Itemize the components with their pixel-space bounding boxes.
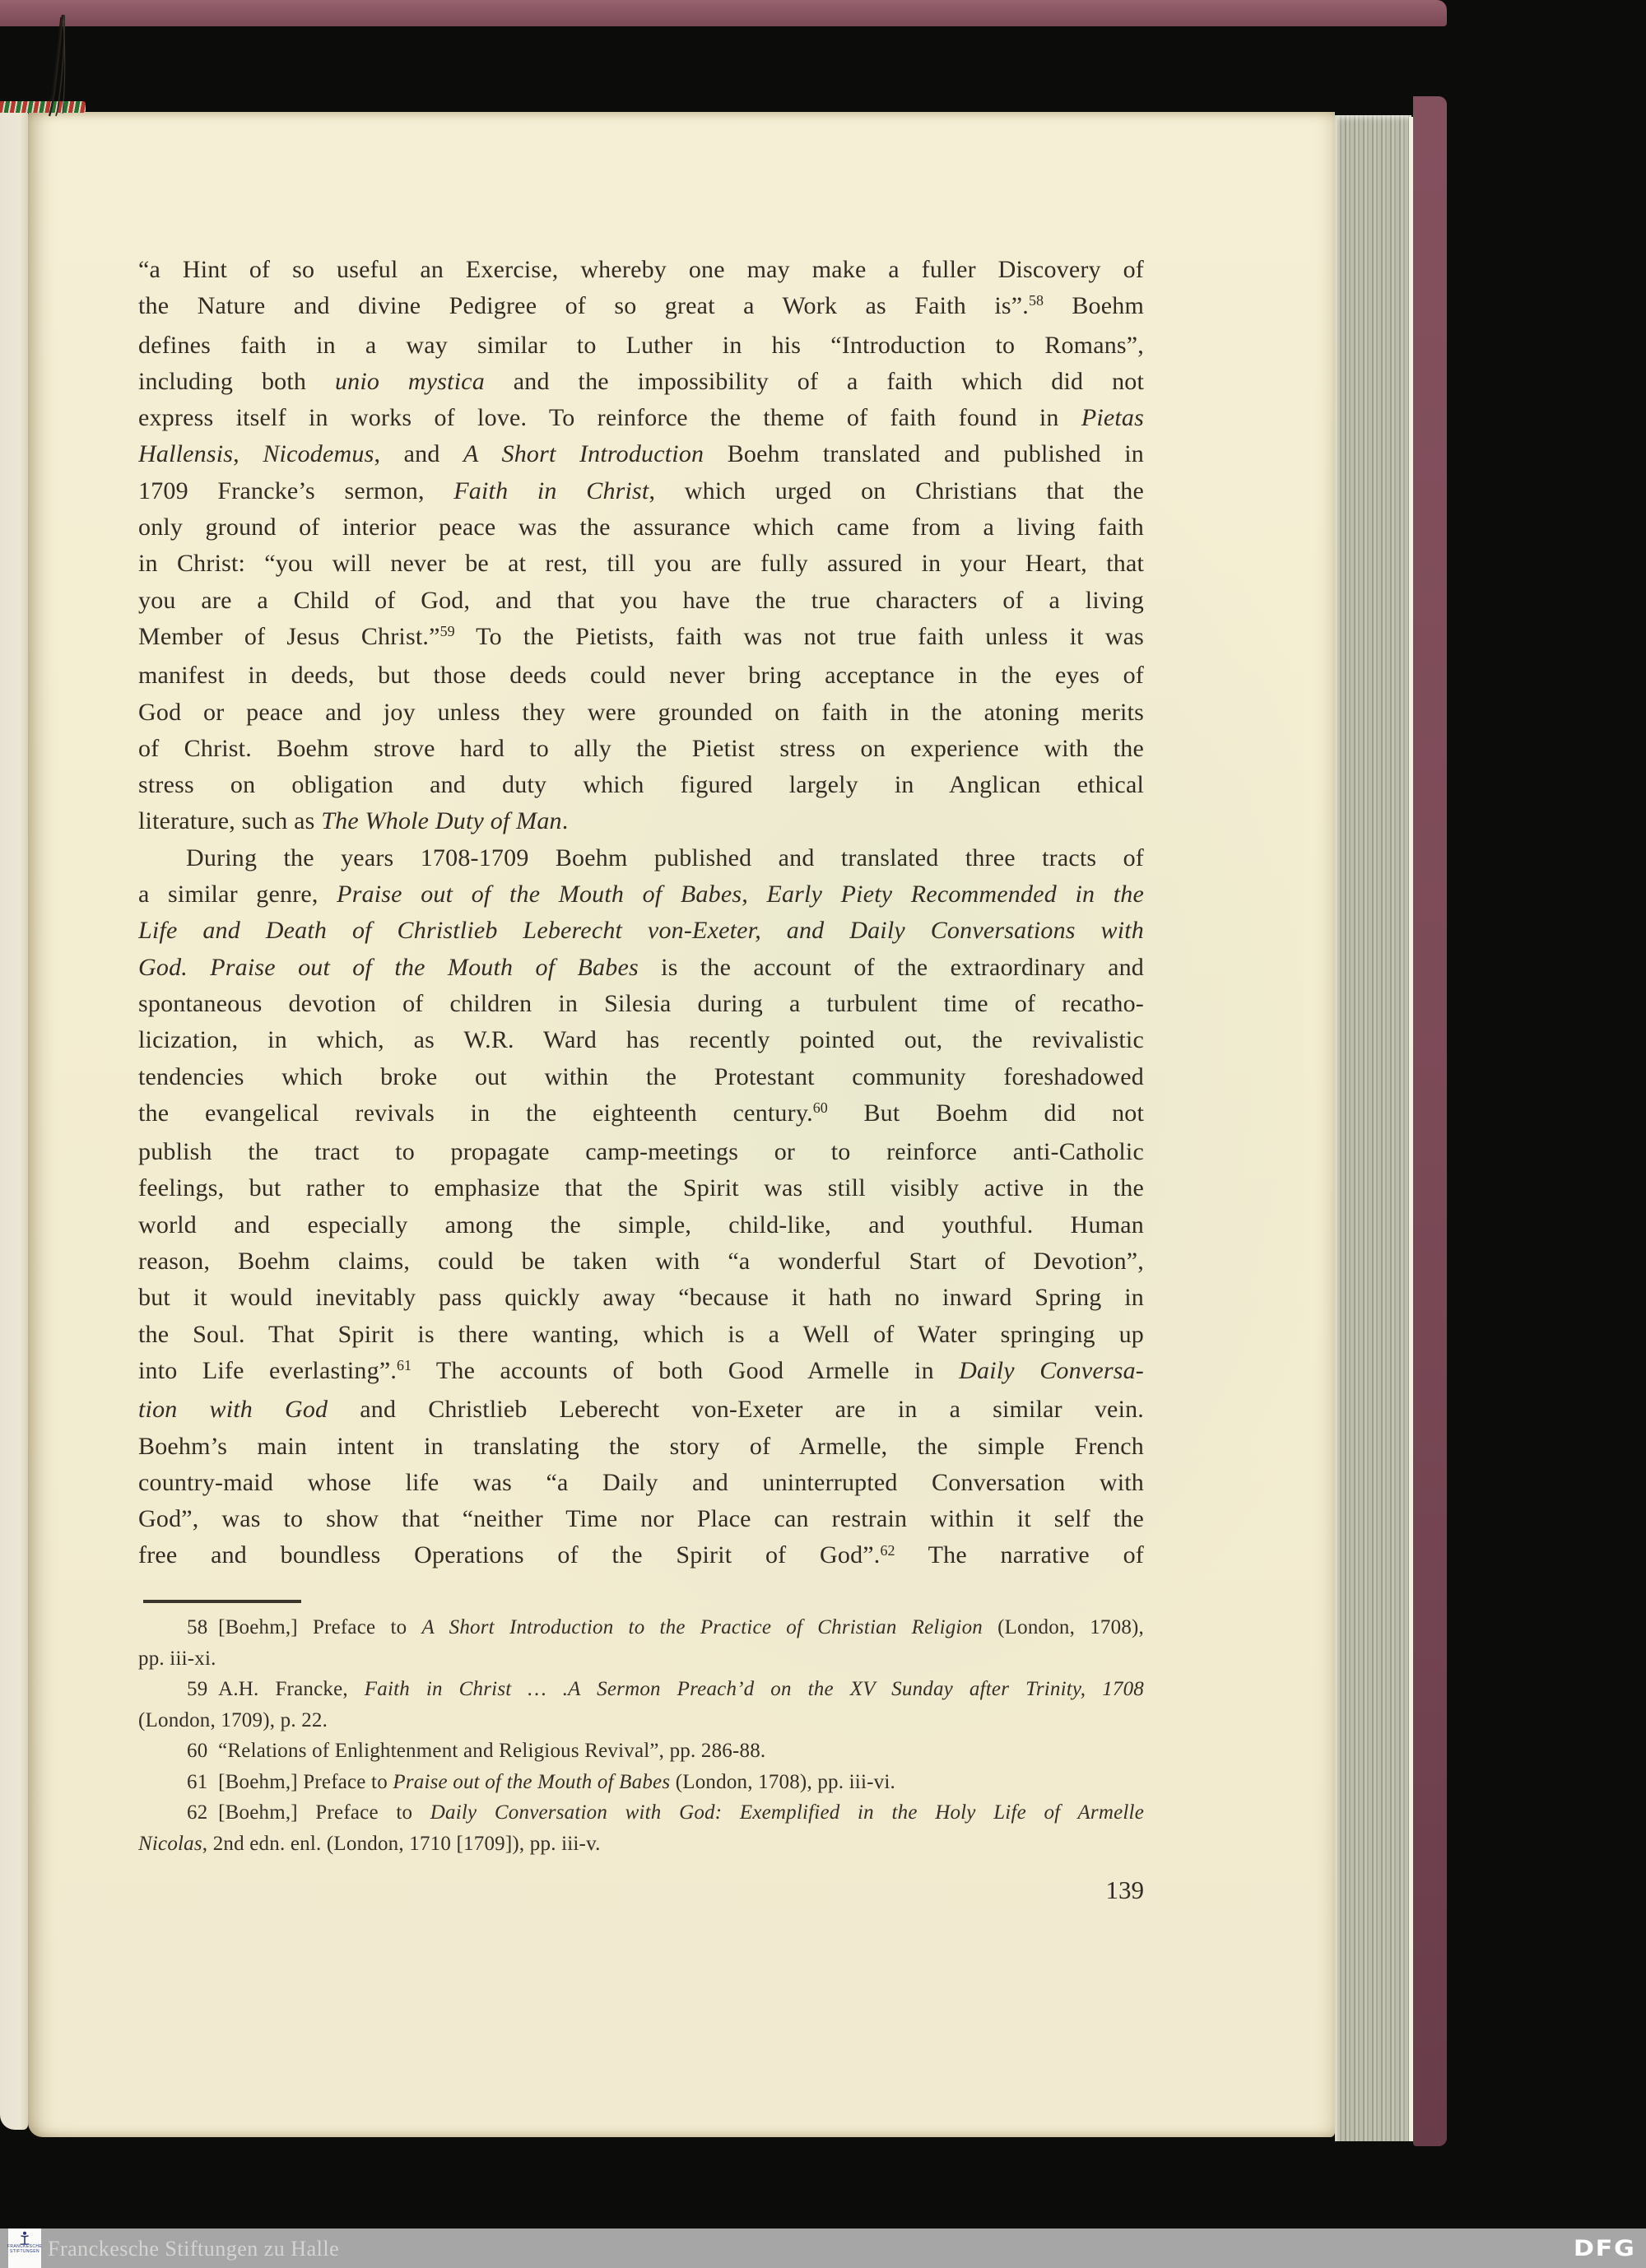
text-line: of Christ. Boehm strove hard to ally the… (138, 731, 1144, 767)
text-line: the Soul. That Spirit is there wanting, … (138, 1317, 1144, 1353)
text-line: literature, such as The Whole Duty of Ma… (138, 803, 1144, 839)
book-fore-edge (1335, 115, 1411, 2141)
text-line: God or peace and joy unless they were gr… (138, 695, 1144, 731)
text-line: publish the tract to propagate camp-meet… (138, 1134, 1144, 1170)
footnote-line: 61 [Boehm,] Preface to Praise out of the… (138, 1767, 1144, 1798)
text-line: the Nature and divine Pedigree of so gre… (138, 288, 1144, 327)
dfg-logo: DFG (1574, 2236, 1636, 2261)
footnote-line: (London, 1709), p. 22. (138, 1705, 1144, 1736)
footnote-line: Nicolas, 2nd edn. enl. (London, 1710 [17… (138, 1829, 1144, 1860)
text-line: licization, in which, as W.R. Ward has r… (138, 1022, 1144, 1058)
book-left-page-edge (0, 112, 28, 2130)
text-line: world and especially among the simple, c… (138, 1207, 1144, 1243)
page-number: 139 (138, 1875, 1144, 1905)
text-line: country-maid whose life was “a Daily and… (138, 1465, 1144, 1501)
text-line: into Life everlasting”.61 The accounts o… (138, 1353, 1144, 1392)
footnote-block: 58 [Boehm,] Preface to A Short Introduct… (138, 1612, 1144, 1859)
footnote-line: 59 A.H. Francke, Faith in Christ … .A Se… (138, 1674, 1144, 1705)
text-line: Life and Death of Christlieb Leberecht v… (138, 913, 1144, 949)
footnote-line: 60 “Relations of Enlightenment and Relig… (138, 1736, 1144, 1767)
book-page: “a Hint of so useful an Exercise, whereb… (28, 112, 1335, 2137)
text-line: reason, Boehm claims, could be taken wit… (138, 1243, 1144, 1280)
text-line: including both unio mystica and the impo… (138, 364, 1144, 400)
institution-name: Franckesche Stiftungen zu Halle (48, 2228, 339, 2268)
text-line: God”, was to show that “neither Time nor… (138, 1501, 1144, 1537)
text-line: During the years 1708-1709 Boehm publish… (138, 840, 1144, 876)
book-cover-right-edge (1413, 96, 1447, 2146)
text-line: only ground of interior peace was the as… (138, 509, 1144, 546)
text-line: manifest in deeds, but those deeds could… (138, 658, 1144, 694)
main-text-block: “a Hint of so useful an Exercise, whereb… (138, 252, 1144, 1577)
text-line: tendencies which broke out within the Pr… (138, 1059, 1144, 1095)
text-line: stress on obligation and duty which figu… (138, 767, 1144, 803)
text-line: tion with God and Christlieb Leberecht v… (138, 1392, 1144, 1428)
scan-viewport: { "colors":{ "background":"#0c0c0a", "co… (0, 0, 1646, 2268)
francke-figure-icon (18, 2231, 31, 2245)
text-line: “a Hint of so useful an Exercise, whereb… (138, 252, 1144, 288)
footnote-line: 58 [Boehm,] Preface to A Short Introduct… (138, 1612, 1144, 1643)
text-line: but it would inevitably pass quickly awa… (138, 1280, 1144, 1316)
text-line: feelings, but rather to emphasize that t… (138, 1170, 1144, 1206)
text-line: a similar genre, Praise out of the Mouth… (138, 876, 1144, 913)
text-line: in Christ: “you will never be at rest, t… (138, 546, 1144, 582)
text-line: free and boundless Operations of the Spi… (138, 1537, 1144, 1576)
text-line: you are a Child of God, and that you hav… (138, 583, 1144, 619)
footnote-line: pp. iii-xi. (138, 1643, 1144, 1675)
text-line: Boehm’s main intent in translating the s… (138, 1429, 1144, 1465)
text-line: God. Praise out of the Mouth of Babes is… (138, 950, 1144, 986)
bookmark-tassel (38, 13, 84, 117)
text-line: the evangelical revivals in the eighteen… (138, 1095, 1144, 1134)
institution-logo: FRANCKESCHE STIFTUNGEN (8, 2228, 41, 2268)
institution-logo-text-line2: STIFTUNGEN (10, 2250, 40, 2255)
text-line: 1709 Francke’s sermon, Faith in Christ, … (138, 473, 1144, 509)
text-line: spontaneous devotion of children in Sile… (138, 986, 1144, 1022)
book-cover-top-edge (0, 0, 1447, 26)
footnote-line: 62 [Boehm,] Preface to Daily Conversatio… (138, 1797, 1144, 1829)
text-line: Hallensis, Nicodemus, and A Short Introd… (138, 436, 1144, 472)
viewer-footer-bar: FRANCKESCHE STIFTUNGEN Franckesche Stift… (0, 2228, 1646, 2268)
text-line: express itself in works of love. To rein… (138, 400, 1144, 436)
footnote-rule (143, 1600, 301, 1603)
text-line: Member of Jesus Christ.”59 To the Pietis… (138, 619, 1144, 658)
text-line: defines faith in a way similar to Luther… (138, 328, 1144, 364)
